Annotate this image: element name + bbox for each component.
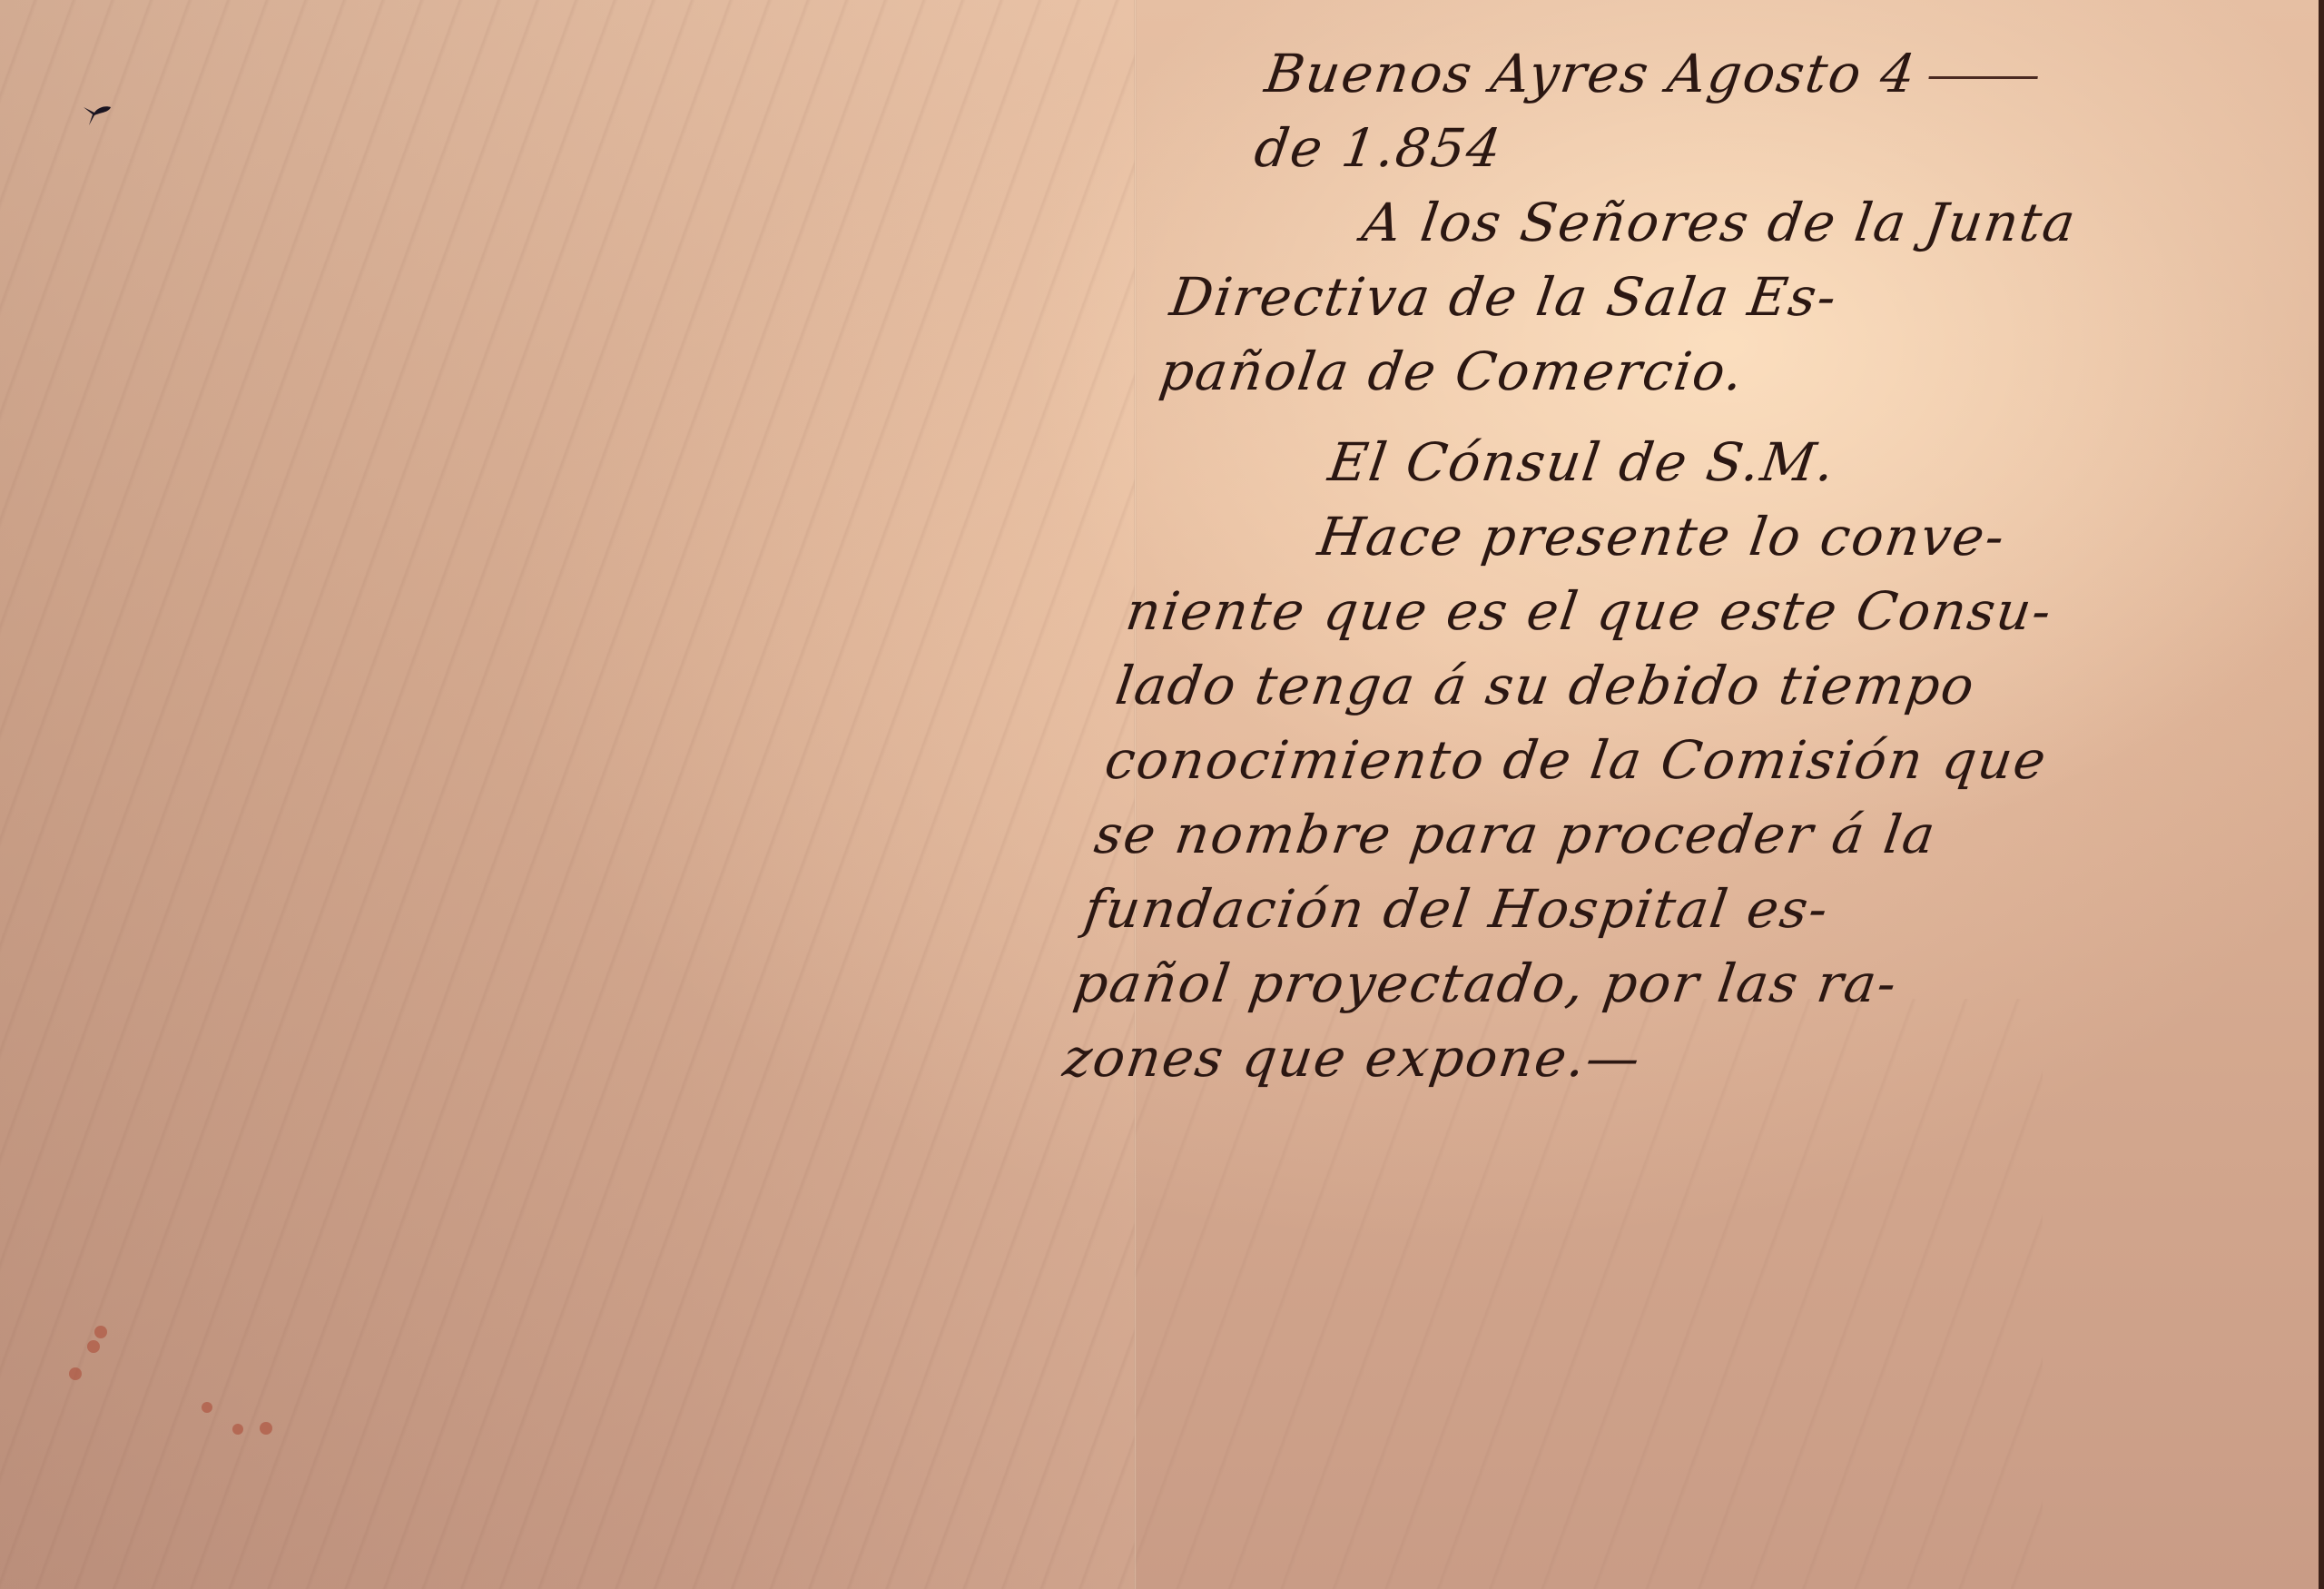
body-line: zones que expone.— xyxy=(1059,1021,2159,1095)
body-line: fundación del Hospital es- xyxy=(1079,872,2180,946)
body-line: Hace presente lo conve- xyxy=(1132,499,2232,574)
address-line: pañola de Comercio. xyxy=(1155,334,2255,409)
body-line: pañol proyectado, por las ra- xyxy=(1069,946,2170,1021)
body-line: lado tenga á su debido tiempo xyxy=(1111,648,2211,723)
stain-mark xyxy=(232,1424,243,1435)
document-spread: Buenos Ayres Agosto 4 de 1.854 A los Señ… xyxy=(0,0,2324,1589)
stain-mark xyxy=(202,1402,212,1413)
spacer xyxy=(1153,409,2245,425)
left-page-bleed-through xyxy=(0,0,1135,1589)
date-line: Buenos Ayres Agosto 4 xyxy=(1196,36,2297,111)
address-line: Directiva de la Sala Es- xyxy=(1166,260,2266,334)
address-line: A los Señores de la Junta xyxy=(1176,185,2276,260)
body-line: se nombre para proceder á la xyxy=(1090,797,2191,872)
date-year-line: de 1.854 xyxy=(1187,111,2287,185)
stain-mark xyxy=(69,1367,82,1380)
stain-mark xyxy=(87,1340,100,1353)
page-edge-shadow xyxy=(2319,0,2324,1589)
body-line: conocimiento de la Comisión que xyxy=(1100,723,2201,797)
flourish-dash xyxy=(1928,76,2037,79)
body-line: niente que es el que este Consu- xyxy=(1121,574,2221,648)
handwritten-letter: Buenos Ayres Agosto 4 de 1.854 A los Señ… xyxy=(1059,36,2297,1095)
stain-mark xyxy=(260,1422,272,1435)
sender-line: El Cónsul de S.M. xyxy=(1142,425,2242,499)
stain-mark xyxy=(94,1326,107,1338)
ink-blot-icon xyxy=(80,102,113,127)
